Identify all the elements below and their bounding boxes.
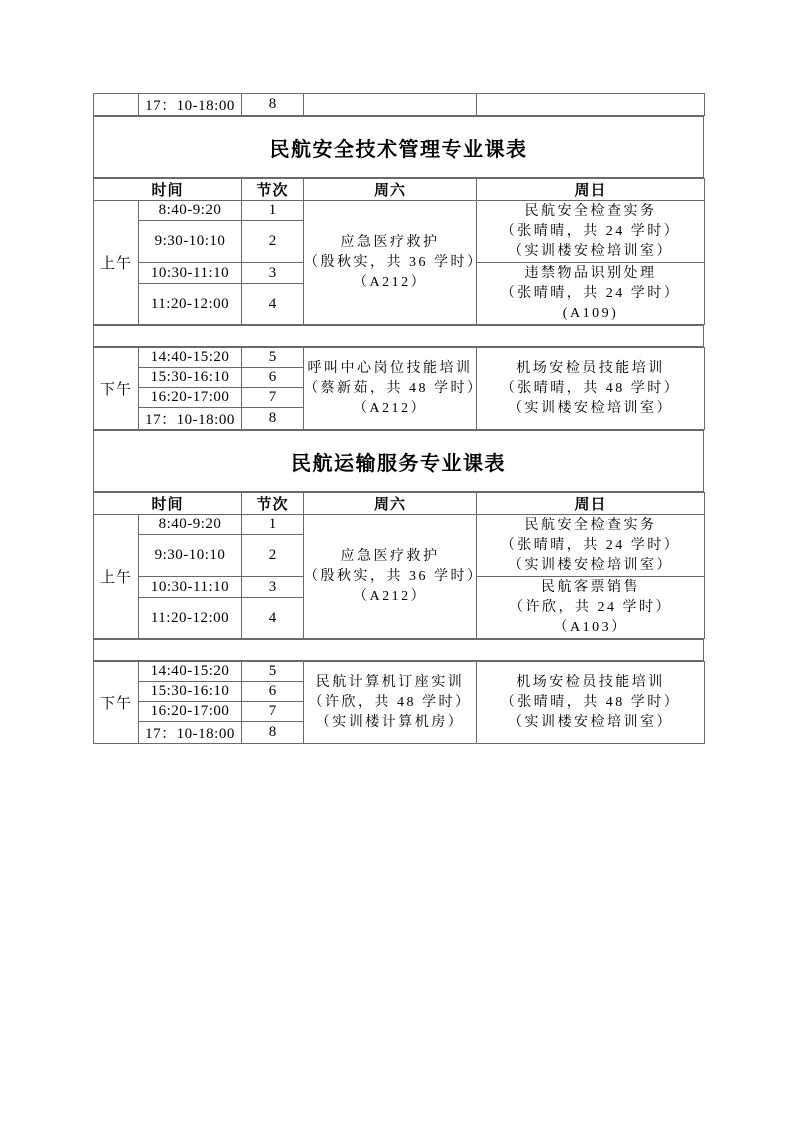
time-cell: 11:20-12:00: [139, 284, 242, 325]
course-line: （殷秋实，共 36 学时）: [304, 567, 476, 587]
period-cell: 3: [242, 263, 304, 284]
course-line: （张晴晴，共 24 学时）: [477, 284, 704, 304]
table-title-2: 民航运输服务专业课表: [93, 430, 704, 492]
period-cell: 7: [242, 702, 304, 722]
period-cell: 7: [242, 388, 304, 408]
time-cell: 9:30-10:10: [139, 535, 242, 577]
sunday-course-cell-1: 民航安全检查实务 （张晴晴，共 24 学时） （实训楼安检培训室）: [477, 201, 705, 263]
time-cell: 10:30-11:10: [139, 263, 242, 284]
saturday-course-cell: 应急医疗救护 （殷秋实，共 36 学时） （A212）: [304, 515, 477, 639]
slot-row: 下午 14:40-15:20 5 呼叫中心岗位技能培训 （蔡新茹，共 48 学时…: [94, 348, 705, 368]
course-line: 应急医疗救护: [304, 233, 476, 253]
sunday-course-cell-2: 民航客票销售 （许欣，共 24 学时） （A103）: [477, 577, 705, 639]
course-line: （殷秋实，共 36 学时）: [304, 253, 476, 273]
time-cell: 14:40-15:20: [139, 662, 242, 682]
slot-row: 上午 8:40-9:20 1 应急医疗救护 （殷秋实，共 36 学时） （A21…: [94, 201, 705, 221]
timetable-sheet: 17：10-18:00 8 民航安全技术管理专业课表 时间 节次 周六 周日 上…: [93, 93, 705, 744]
course-line: （张晴晴，共 24 学时）: [477, 222, 704, 242]
period-cell: 8: [242, 722, 304, 744]
header-saturday: 周六: [304, 179, 477, 201]
time-cell: 16:20-17:00: [139, 388, 242, 408]
period-cell: 4: [242, 598, 304, 639]
course-line: （许欣，共 24 学时）: [477, 598, 704, 618]
header-row: 时间 节次 周六 周日: [94, 493, 705, 515]
course-line: 机场安检员技能培训: [477, 673, 704, 693]
period-cell: 3: [242, 577, 304, 598]
period-cell: 6: [242, 368, 304, 388]
schedule-afternoon-1: 下午 14:40-15:20 5 呼叫中心岗位技能培训 （蔡新茹，共 48 学时…: [93, 347, 705, 430]
course-line: （实训楼安检培训室）: [477, 399, 704, 419]
time-cell: 16:20-17:00: [139, 702, 242, 722]
header-sunday: 周日: [477, 493, 705, 515]
saturday-course-cell: 应急医疗救护 （殷秋实，共 36 学时） （A212）: [304, 201, 477, 325]
period-cell: 8: [242, 408, 304, 430]
slot-row: 下午 14:40-15:20 5 民航计算机订座实训 （许欣，共 48 学时） …: [94, 662, 705, 682]
sunday-course-cell: 机场安检员技能培训 （张晴晴，共 48 学时） （实训楼安检培训室）: [477, 348, 705, 430]
period-cell: 5: [242, 662, 304, 682]
time-cell: 17：10-18:00: [139, 94, 242, 116]
empty-cell: [477, 94, 705, 116]
header-time: 时间: [94, 179, 242, 201]
course-line: (A109): [477, 304, 704, 324]
course-line: （许欣，共 48 学时）: [304, 693, 476, 713]
spacer-row: [93, 325, 704, 347]
document-page: { "page": { "background": "#ffffff", "bo…: [0, 0, 793, 1122]
course-line: （实训楼计算机房）: [304, 713, 476, 733]
time-cell: 11:20-12:00: [139, 598, 242, 639]
time-cell: 17：10-18:00: [139, 722, 242, 744]
header-sunday: 周日: [477, 179, 705, 201]
slot-row: 上午 8:40-9:20 1 应急医疗救护 （殷秋实，共 36 学时） （A21…: [94, 515, 705, 535]
course-line: （A212）: [304, 587, 476, 607]
course-line: 民航客票销售: [477, 578, 704, 598]
header-period: 节次: [242, 179, 304, 201]
course-line: 民航安全检查实务: [477, 202, 704, 222]
time-cell: 9:30-10:10: [139, 221, 242, 263]
period-cell: 2: [242, 221, 304, 263]
course-line: 违禁物品识别处理: [477, 264, 704, 284]
course-line: （A212）: [304, 273, 476, 293]
header-row: 时间 节次 周六 周日: [94, 179, 705, 201]
period-cell: 5: [242, 348, 304, 368]
saturday-course-cell: 呼叫中心岗位技能培训 （蔡新茹，共 48 学时） （A212）: [304, 348, 477, 430]
period-cell: 6: [242, 682, 304, 702]
time-cell: 8:40-9:20: [139, 515, 242, 535]
period-cell: 8: [242, 94, 304, 116]
period-cell: 1: [242, 515, 304, 535]
course-line: （实训楼安检培训室）: [477, 556, 704, 576]
empty-cell: [304, 94, 477, 116]
course-line: （蔡新茹，共 48 学时）: [304, 379, 476, 399]
schedule-afternoon-2: 下午 14:40-15:20 5 民航计算机订座实训 （许欣，共 48 学时） …: [93, 661, 705, 744]
header-saturday: 周六: [304, 493, 477, 515]
saturday-course-cell: 民航计算机订座实训 （许欣，共 48 学时） （实训楼计算机房）: [304, 662, 477, 744]
course-line: 应急医疗救护: [304, 547, 476, 567]
course-line: 民航计算机订座实训: [304, 673, 476, 693]
time-cell: 15:30-16:10: [139, 682, 242, 702]
afternoon-label: 下午: [94, 662, 139, 744]
schedule-morning-1: 时间 节次 周六 周日 上午 8:40-9:20 1 应急医疗救护 （殷秋实，共…: [93, 178, 705, 325]
table-title-1: 民航安全技术管理专业课表: [93, 116, 704, 178]
leftover-row-table: 17：10-18:00 8: [93, 93, 705, 116]
morning-label: 上午: [94, 515, 139, 639]
empty-cell: [94, 94, 139, 116]
course-line: （A103）: [477, 618, 704, 638]
leftover-row: 17：10-18:00 8: [94, 94, 705, 116]
time-cell: 14:40-15:20: [139, 348, 242, 368]
time-cell: 15:30-16:10: [139, 368, 242, 388]
time-cell: 10:30-11:10: [139, 577, 242, 598]
course-line: 机场安检员技能培训: [477, 359, 704, 379]
time-cell: 17：10-18:00: [139, 408, 242, 430]
course-line: （实训楼安检培训室）: [477, 242, 704, 262]
morning-label: 上午: [94, 201, 139, 325]
course-line: 民航安全检查实务: [477, 516, 704, 536]
sunday-course-cell: 机场安检员技能培训 （张晴晴，共 48 学时） （实训楼安检培训室）: [477, 662, 705, 744]
period-cell: 4: [242, 284, 304, 325]
course-line: 呼叫中心岗位技能培训: [304, 359, 476, 379]
course-line: （张晴晴，共 48 学时）: [477, 379, 704, 399]
header-time: 时间: [94, 493, 242, 515]
header-period: 节次: [242, 493, 304, 515]
spacer-row: [93, 639, 704, 661]
sunday-course-cell-2: 违禁物品识别处理 （张晴晴，共 24 学时） (A109): [477, 263, 705, 325]
schedule-morning-2: 时间 节次 周六 周日 上午 8:40-9:20 1 应急医疗救护 （殷秋实，共…: [93, 492, 705, 639]
sunday-course-cell-1: 民航安全检查实务 （张晴晴，共 24 学时） （实训楼安检培训室）: [477, 515, 705, 577]
period-cell: 2: [242, 535, 304, 577]
course-line: （实训楼安检培训室）: [477, 713, 704, 733]
period-cell: 1: [242, 201, 304, 221]
course-line: （A212）: [304, 399, 476, 419]
course-line: （张晴晴，共 48 学时）: [477, 693, 704, 713]
time-cell: 8:40-9:20: [139, 201, 242, 221]
afternoon-label: 下午: [94, 348, 139, 430]
course-line: （张晴晴，共 24 学时）: [477, 536, 704, 556]
